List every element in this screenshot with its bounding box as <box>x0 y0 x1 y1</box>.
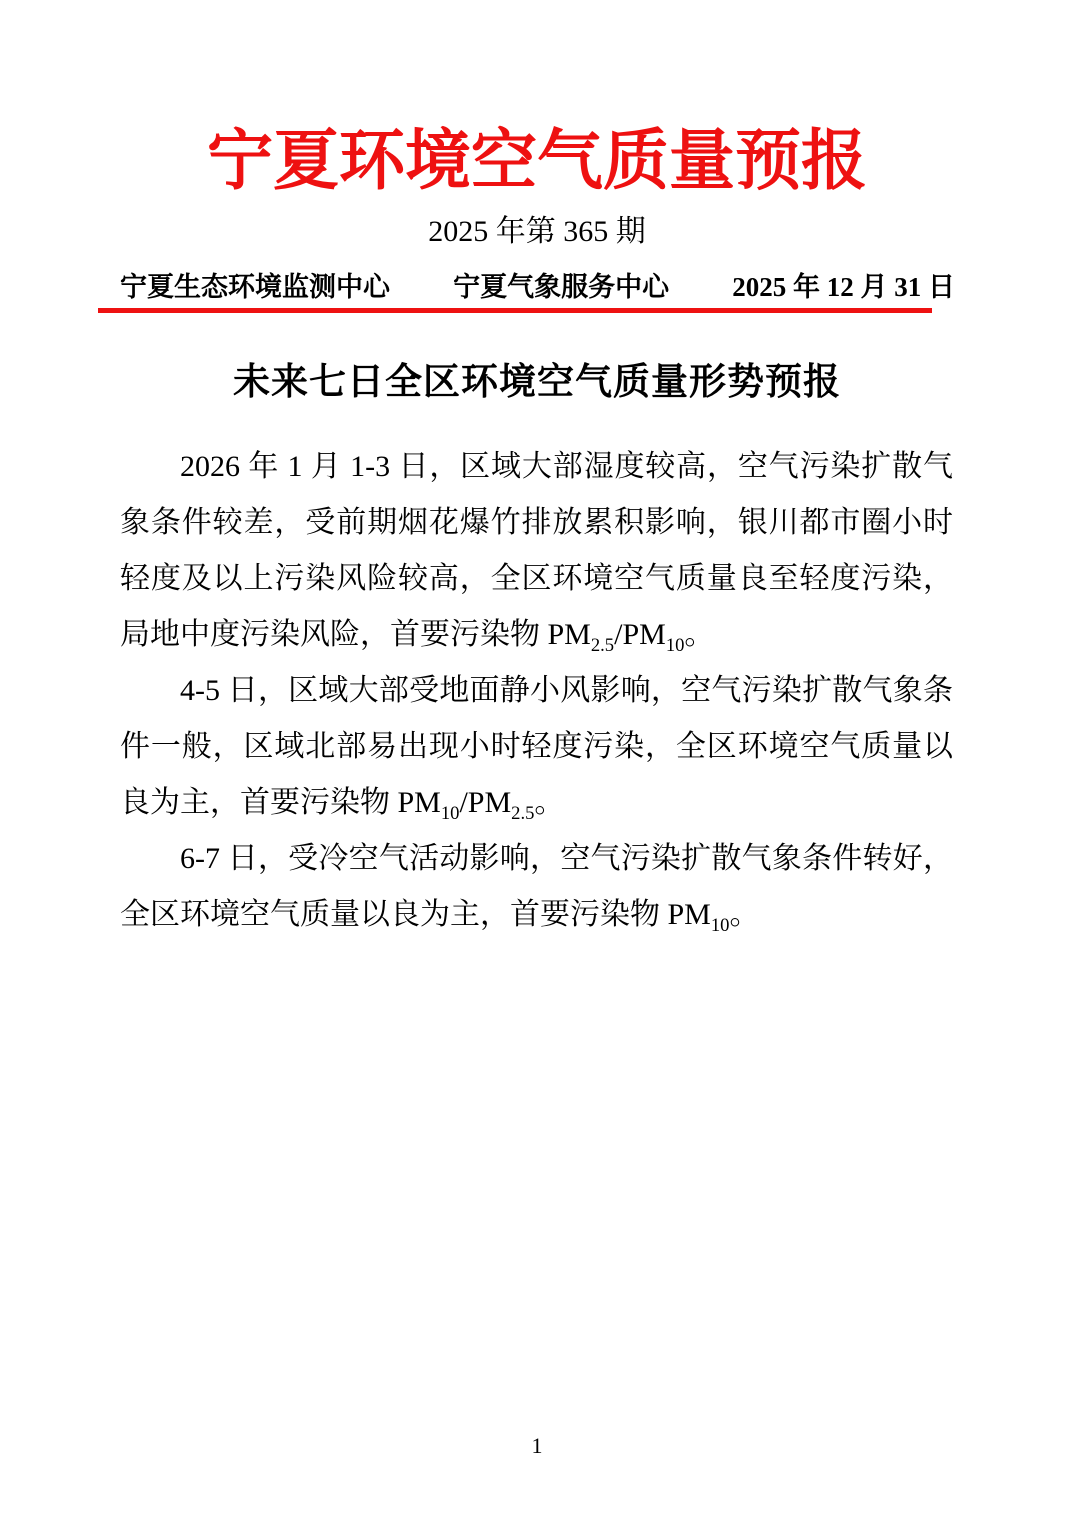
paragraph-text: 2026 年 1 月 1-3 日，区域大部湿度较高，空气污染扩散气象条件较差，受… <box>120 450 953 651</box>
body-paragraph: 4-5 日，区域大部受地面静小风影响，空气污染扩散气象条件一般，区域北部易出现小… <box>120 663 953 831</box>
page-number: 1 <box>0 1432 1074 1460</box>
paragraph-text: 。 <box>534 786 564 819</box>
paragraph-text: /PM <box>459 786 511 819</box>
pollutant-subscript: 10 <box>441 803 460 824</box>
pollutant-subscript: 10 <box>711 915 730 936</box>
pollutant-subscript: 2.5 <box>511 803 534 824</box>
pollutant-subscript: 2.5 <box>591 635 614 656</box>
document-page: 宁夏环境空气质量预报 2025 年第 365 期 宁夏生态环境监测中心 宁夏气象… <box>0 0 1074 1520</box>
document-title: 宁夏环境空气质量预报 <box>0 120 1074 204</box>
section-title: 未来七日全区环境空气质量形势预报 <box>0 357 1074 407</box>
paragraph-text: 。 <box>684 618 714 651</box>
org-monitoring-center: 宁夏生态环境监测中心 <box>120 270 390 304</box>
body-paragraph: 2026 年 1 月 1-3 日，区域大部湿度较高，空气污染扩散气象条件较差，受… <box>120 439 953 663</box>
body: 2026 年 1 月 1-3 日，区域大部湿度较高，空气污染扩散气象条件较差，受… <box>120 439 953 943</box>
org-meteorological-center: 宁夏气象服务中心 <box>453 270 669 304</box>
paragraph-text: 6-7 日，受冷空气活动影响，空气污染扩散气象条件转好，全区环境空气质量以良为主… <box>120 842 953 931</box>
header-row: 宁夏生态环境监测中心 宁夏气象服务中心 2025 年 12 月 31 日 <box>120 270 955 304</box>
paragraph-text: 。 <box>729 898 759 931</box>
pollutant-subscript: 10 <box>666 635 685 656</box>
issue-date: 2025 年 12 月 31 日 <box>732 270 955 304</box>
body-paragraph: 6-7 日，受冷空气活动影响，空气污染扩散气象条件转好，全区环境空气质量以良为主… <box>120 831 953 943</box>
red-divider-rule <box>98 308 932 313</box>
issue-number: 2025 年第 365 期 <box>0 212 1074 252</box>
paragraph-text: /PM <box>614 618 666 651</box>
